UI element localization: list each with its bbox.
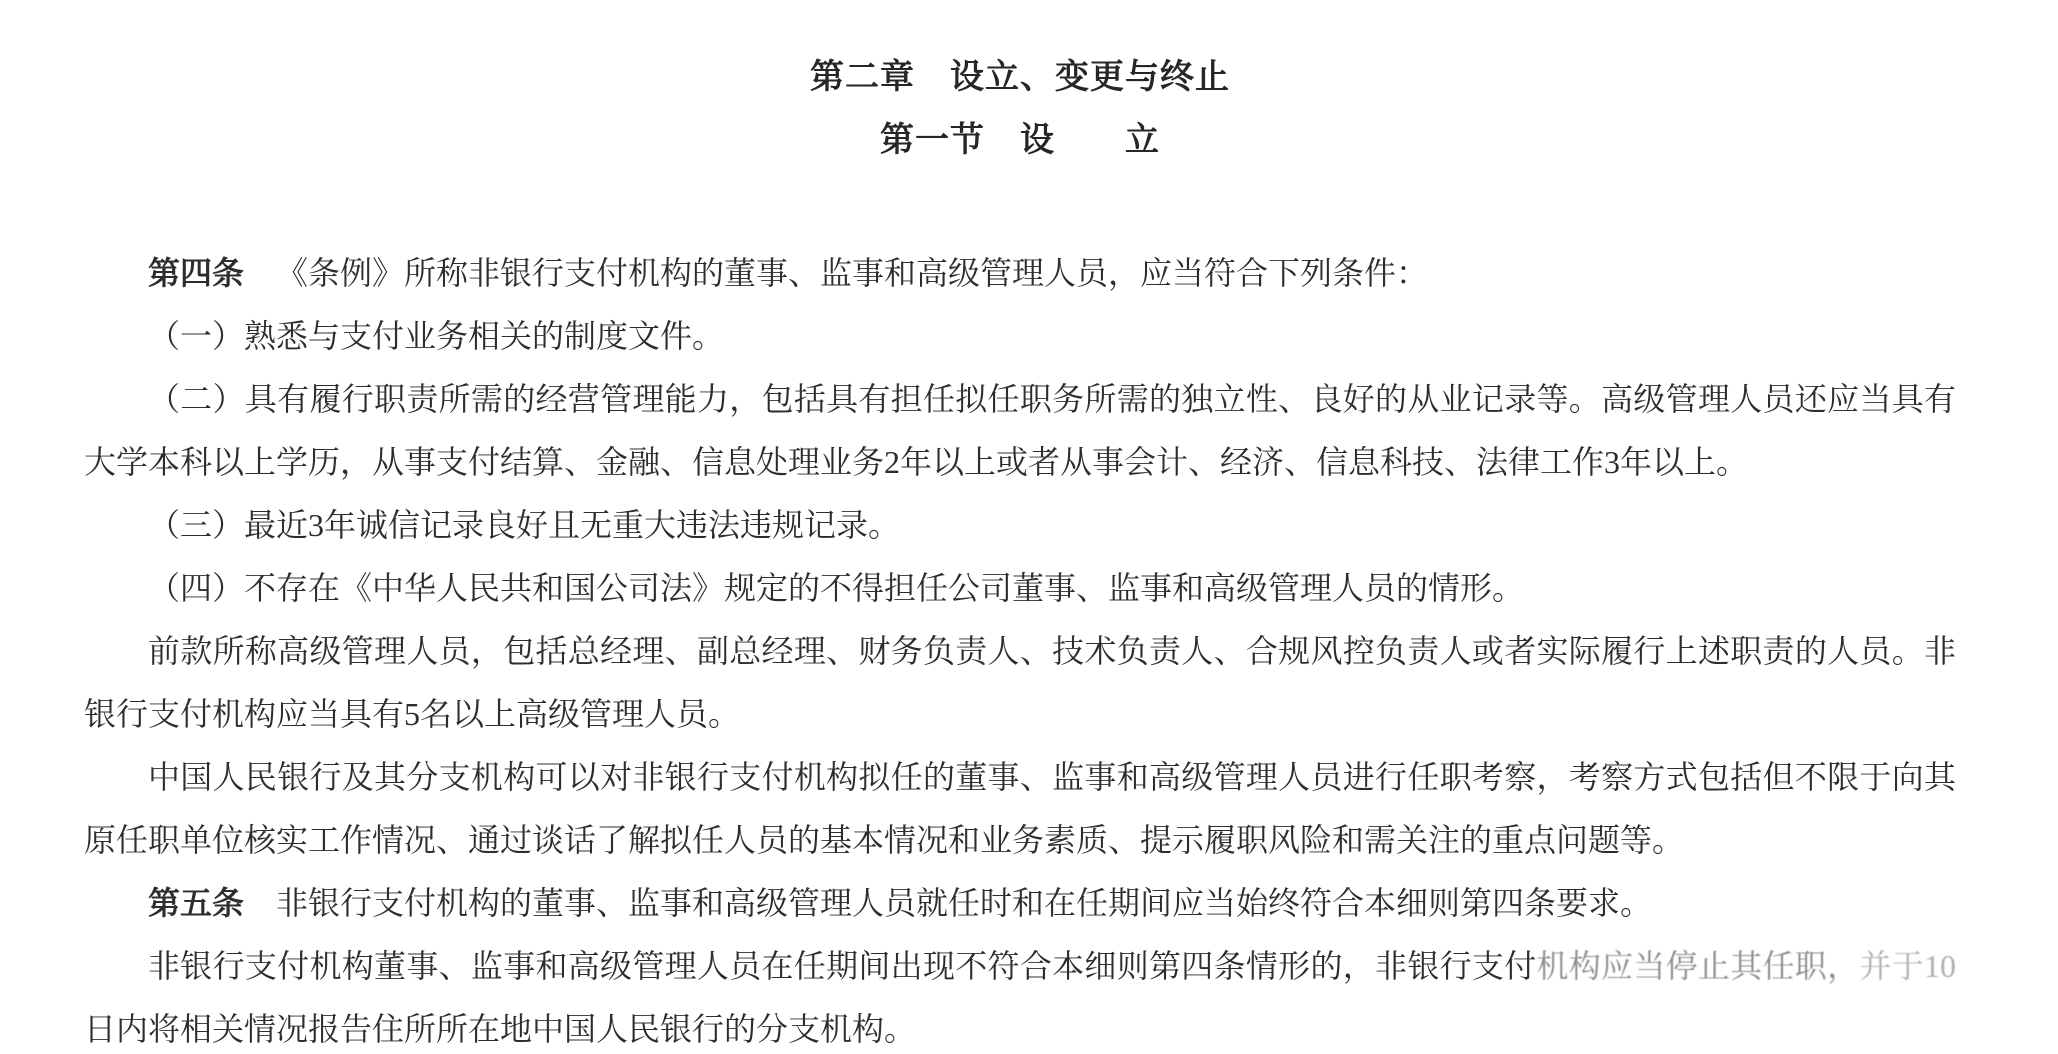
report-paragraph-text-start: 非银行支付机构董事、监事和高级管理人员在任期间出现不符合本细则第四条情形的，非银… xyxy=(148,948,1536,984)
article-5-paragraph: 第五条非银行支付机构的董事、监事和高级管理人员就任时和在任期间应当始终符合本细则… xyxy=(84,872,1956,935)
report-paragraph-text-faded: 机构应当停止其任职， xyxy=(1536,948,1859,984)
article-5-report-paragraph: 非银行支付机构董事、监事和高级管理人员在任期间出现不符合本细则第四条情形的，非银… xyxy=(84,935,1956,1054)
document-body: 第四条《条例》所称非银行支付机构的董事、监事和高级管理人员，应当符合下列条件： … xyxy=(84,242,1956,1054)
article-5-label: 第五条 xyxy=(148,885,244,921)
report-paragraph-text-faded-light: 并于10 xyxy=(1859,948,1956,984)
article-4-item-2: （二）具有履行职责所需的经营管理能力，包括具有担任拟任职务所需的独立性、良好的从… xyxy=(84,368,1956,494)
article-4-paragraph: 第四条《条例》所称非银行支付机构的董事、监事和高级管理人员，应当符合下列条件： xyxy=(84,242,1956,305)
article-4-item-1: （一）熟悉与支付业务相关的制度文件。 xyxy=(84,305,1956,368)
article-4-label: 第四条 xyxy=(148,255,244,291)
article-4-senior-management-paragraph: 前款所称高级管理人员，包括总经理、副总经理、财务负责人、技术负责人、合规风控负责… xyxy=(84,620,1956,746)
article-4-text: 《条例》所称非银行支付机构的董事、监事和高级管理人员，应当符合下列条件： xyxy=(276,255,1428,291)
document-page: 第二章 设立、变更与终止 第一节 设 立 第四条《条例》所称非银行支付机构的董事… xyxy=(0,0,2058,1054)
article-4-pboc-inspection-paragraph: 中国人民银行及其分支机构可以对非银行支付机构拟任的董事、监事和高级管理人员进行任… xyxy=(84,746,1956,872)
article-5-text: 非银行支付机构的董事、监事和高级管理人员就任时和在任期间应当始终符合本细则第四条… xyxy=(276,885,1652,921)
chapter-title: 第二章 设立、变更与终止 xyxy=(84,46,1956,109)
article-4-item-4: （四）不存在《中华人民共和国公司法》规定的不得担任公司董事、监事和高级管理人员的… xyxy=(84,557,1956,620)
section-title: 第一节 设 立 xyxy=(84,109,1956,172)
report-paragraph-text-end: 日内将相关情况报告住所所在地中国人民银行的分支机构。 xyxy=(84,1011,916,1047)
article-4-item-3: （三）最近3年诚信记录良好且无重大违法违规记录。 xyxy=(84,494,1956,557)
